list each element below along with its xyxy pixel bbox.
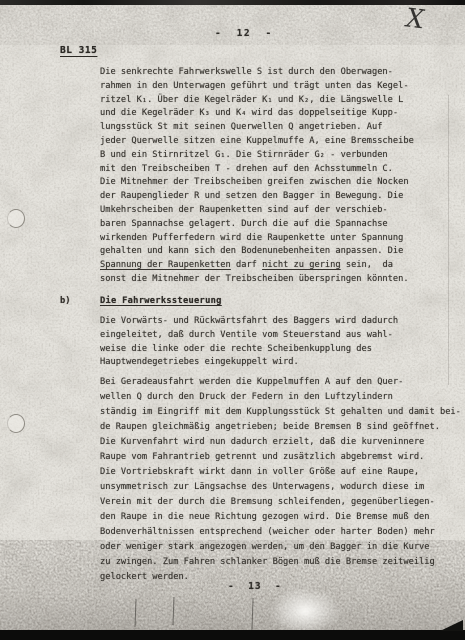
text-segment: sein, da [341,260,393,270]
text-segment: lungsstück St mit seinen Querwellen Q an… [100,122,382,132]
text-segment: weise die linke oder die rechte Scheiben… [100,344,372,354]
text-line: sonst die Mitnehmer der Treibscheiben üb… [100,273,414,287]
text-line: ständig im Eingriff mit dem Kupplungsstü… [100,405,461,420]
text-line: jeder Querwelle sitzen eine Kuppelmuffe … [100,135,414,149]
text-line: ritzel K₁. Über die Kegelräder K₁ und K₂… [100,94,414,108]
text-segment: ständig im Eingriff mit dem Kupplungsstü… [100,407,461,417]
handwritten-x-mark: X [403,5,427,34]
text-segment: sonst die Mitnehmer der Treibscheiben üb… [100,274,409,284]
text-segment: oder weniger stark angezogen werden, um … [100,542,430,552]
text-line: lungsstück St mit seinen Querwellen Q an… [100,121,414,135]
scanned-document-page: - 12 - X BL 315 Die senkrechte Fahrwerks… [0,0,465,640]
scan-dust-fiber [135,599,137,627]
scan-top-border [0,0,465,5]
text-segment: wellen Q durch den Druck der Federn in d… [100,392,393,402]
text-segment: Die Kurvenfahrt wird nun dadurch erzielt… [100,437,424,447]
text-segment: eingeleitet, daß durch Ventile vom Steue… [100,330,393,340]
scan-dust-fiber [251,598,253,630]
page-number-header: - 12 - [215,28,273,39]
scan-light-spot [268,586,342,636]
text-line: baren Spannachse gelagert. Durch die auf… [100,218,414,232]
punch-hole [7,209,25,228]
text-segment: Die Mitnehmer der Treibscheiben greifen … [100,177,409,187]
scan-fold-line [448,95,449,385]
text-line: Verein mit der durch die Bremsung schlei… [100,495,461,510]
text-line: Die Vorwärts- und Rückwärtsfahrt des Bag… [100,315,398,329]
text-segment: Spannung der Raupenketten [100,260,231,270]
text-segment: Hauptwendegetriebes eingekuppelt wird. [100,357,299,367]
text-segment: Bodenverhältnissen entsprechend (weicher… [100,527,435,537]
text-line: Umkehrscheiben der Raupenketten sind auf… [100,204,414,218]
text-line: gehalten und kann sich den Bodenunebenhe… [100,245,414,259]
text-segment: wirkenden Pufferfedern wird die Raupenke… [100,233,403,243]
text-line: wirkenden Pufferfedern wird die Raupenke… [100,232,414,246]
text-line: B und ein Stirnritzel G₁. Die Stirnräder… [100,149,414,163]
text-segment: darf [231,260,262,270]
text-line: rahmen in den Unterwagen geführt und trä… [100,80,414,94]
scan-dust-fiber [173,597,175,625]
punch-hole [7,414,25,433]
text-line: de Raupen gleichmäßig angetrieben; beide… [100,420,461,435]
text-line: Die Mitnehmer der Treibscheiben greifen … [100,176,414,190]
page-number-footer: - 13 - [228,581,282,592]
text-segment: Die Vortriebskraft wirkt dann in voller … [100,467,419,477]
section-b-paragraph-1: Die Vorwärts- und Rückwärtsfahrt des Bag… [100,315,398,370]
text-segment: der Raupenglieder R und setzen den Bagge… [100,191,403,201]
text-segment: und die Kegelräder K₃ und K₄ wird das do… [100,108,398,118]
text-segment: mit den Treibscheiben T - drehen auf den… [100,164,393,174]
text-segment: Umkehrscheiben der Raupenketten sind auf… [100,205,388,215]
text-line: der Raupenglieder R und setzen den Bagge… [100,190,414,204]
text-line: Die senkrechte Fahrwerkswelle S ist durc… [100,66,414,80]
text-segment: Raupe vom Fahrantrieb getrennt und zusät… [100,452,424,462]
text-line: Bodenverhältnissen entsprechend (weicher… [100,525,461,540]
text-line: Raupe vom Fahrantrieb getrennt und zusät… [100,450,461,465]
text-line: eingeleitet, daß durch Ventile vom Steue… [100,329,398,343]
text-segment: gelockert werden. [100,572,189,582]
text-line: und die Kegelräder K₃ und K₄ wird das do… [100,107,414,121]
text-line: weise die linke oder die rechte Scheiben… [100,343,398,357]
text-segment: de Raupen gleichmäßig angetrieben; beide… [100,422,440,432]
text-segment: gehalten und kann sich den Bodenunebenhe… [100,246,403,256]
text-segment: zu zwingen. Zum Fahren schlanker Bögen m… [100,557,435,567]
text-segment: B und ein Stirnritzel G₁. Die Stirnräder… [100,150,388,160]
text-segment: Die senkrechte Fahrwerkswelle S ist durc… [100,67,393,77]
text-segment: unsymmetrisch zur Längsachse des Unterwa… [100,482,424,492]
text-segment: nicht zu gering [262,260,340,270]
text-line: zu zwingen. Zum Fahren schlanker Bögen m… [100,555,461,570]
text-line: Die Kurvenfahrt wird nun dadurch erzielt… [100,435,461,450]
text-line: mit den Treibscheiben T - drehen auf den… [100,163,414,177]
text-segment: Die Vorwärts- und Rückwärtsfahrt des Bag… [100,316,398,326]
text-segment: Bei Geradeausfahrt werden die Kuppelmuff… [100,377,403,387]
text-segment: jeder Querwelle sitzen eine Kuppelmuffe … [100,136,414,146]
text-line: Die Vortriebskraft wirkt dann in voller … [100,465,461,480]
section-b-heading: Die Fahrwerkssteuerung [100,296,222,306]
text-segment: rahmen in den Unterwagen geführt und trä… [100,81,409,91]
text-segment: ritzel K₁. Über die Kegelräder K₁ und K₂… [100,95,403,105]
text-line: unsymmetrisch zur Längsachse des Unterwa… [100,480,461,495]
section-b-paragraph-2: Bei Geradeausfahrt werden die Kuppelmuff… [100,375,461,585]
doc-ref-label: BL 315 [60,45,97,56]
text-segment: Verein mit der durch die Bremsung schlei… [100,497,435,507]
text-line: wellen Q durch den Druck der Federn in d… [100,390,461,405]
text-segment: baren Spannachse gelagert. Durch die auf… [100,219,388,229]
section-b-label: b) [60,296,70,306]
text-line: Hauptwendegetriebes eingekuppelt wird. [100,356,398,370]
text-line: Spannung der Raupenketten darf nicht zu … [100,259,414,273]
scan-bottom-border [0,630,465,640]
text-line: Bei Geradeausfahrt werden die Kuppelmuff… [100,375,461,390]
section-a-paragraph: Die senkrechte Fahrwerkswelle S ist durc… [100,66,414,287]
text-line: oder weniger stark angezogen werden, um … [100,540,461,555]
text-line: den Raupe in die neue Richtung gezogen w… [100,510,461,525]
text-segment: den Raupe in die neue Richtung gezogen w… [100,512,430,522]
